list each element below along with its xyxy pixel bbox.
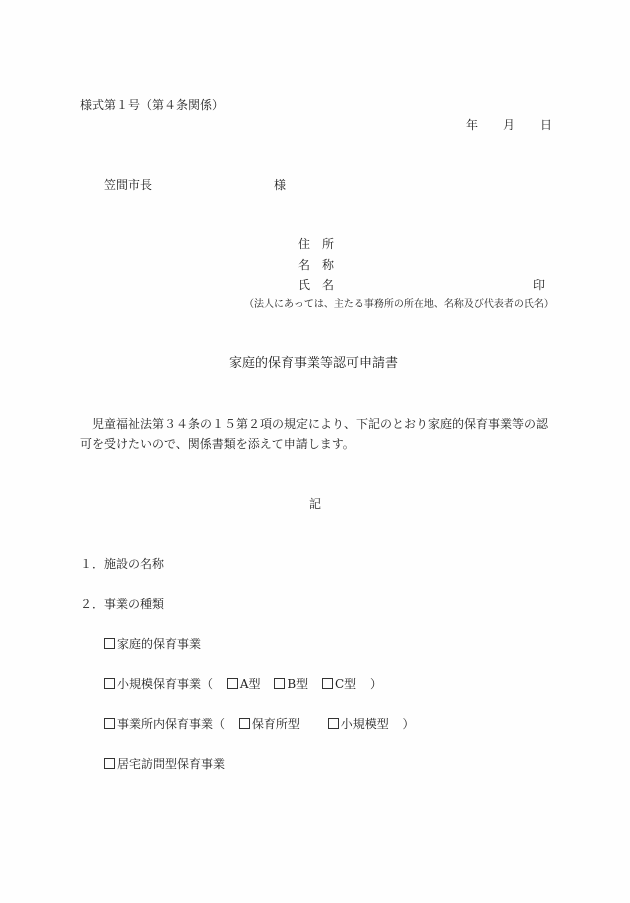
document-title: 家庭的保育事業等認可申請書: [229, 357, 398, 371]
option-home-care[interactable]: 家庭的保育事業: [104, 637, 201, 651]
checkbox-type-a[interactable]: [227, 678, 238, 689]
item-facility-name: １．施設の名称: [80, 557, 164, 571]
option-home-visit[interactable]: 居宅訪問型保育事業: [104, 757, 225, 771]
addressee-honorific: 様: [274, 178, 286, 192]
date-day: 日: [540, 118, 552, 132]
body-line-1: 児童福祉法第３４条の１５第２項の規定により、下記のとおり家庭的保育事業等の認: [92, 417, 548, 431]
checkbox-type-b[interactable]: [274, 678, 285, 689]
date-year: 年: [466, 118, 478, 132]
checkbox-small-type[interactable]: [328, 718, 339, 729]
checkbox-small-scale[interactable]: [104, 678, 115, 689]
ki-heading: 記: [309, 497, 321, 511]
name-label: 名 称: [298, 258, 334, 272]
address-label: 住 所: [298, 237, 334, 251]
date-month: 月: [503, 118, 515, 132]
checkbox[interactable]: [104, 758, 115, 769]
checkbox[interactable]: [104, 638, 115, 649]
person-label: 氏 名: [298, 278, 334, 292]
form-number: 様式第１号（第４条関係）: [80, 98, 224, 112]
addressee-name: 笠間市長: [104, 178, 152, 192]
body-line-2: 可を受けたいので、関係書類を添えて申請します。: [80, 437, 355, 451]
option-small-scale: 小規模保育事業（ A型 B型 C型 ）: [104, 677, 382, 691]
option-workplace: 事業所内保育事業（ 保育所型 小規模型 ）: [104, 717, 415, 731]
checkbox-nursery-type[interactable]: [239, 718, 250, 729]
applicant-note: （法人にあっては、主たる事務所の所在地、名称及び代表者の氏名）: [244, 298, 554, 312]
checkbox-type-c[interactable]: [322, 678, 333, 689]
seal-mark: 印: [533, 278, 545, 292]
item-business-type: ２．事業の種類: [80, 597, 164, 611]
checkbox-workplace[interactable]: [104, 718, 115, 729]
